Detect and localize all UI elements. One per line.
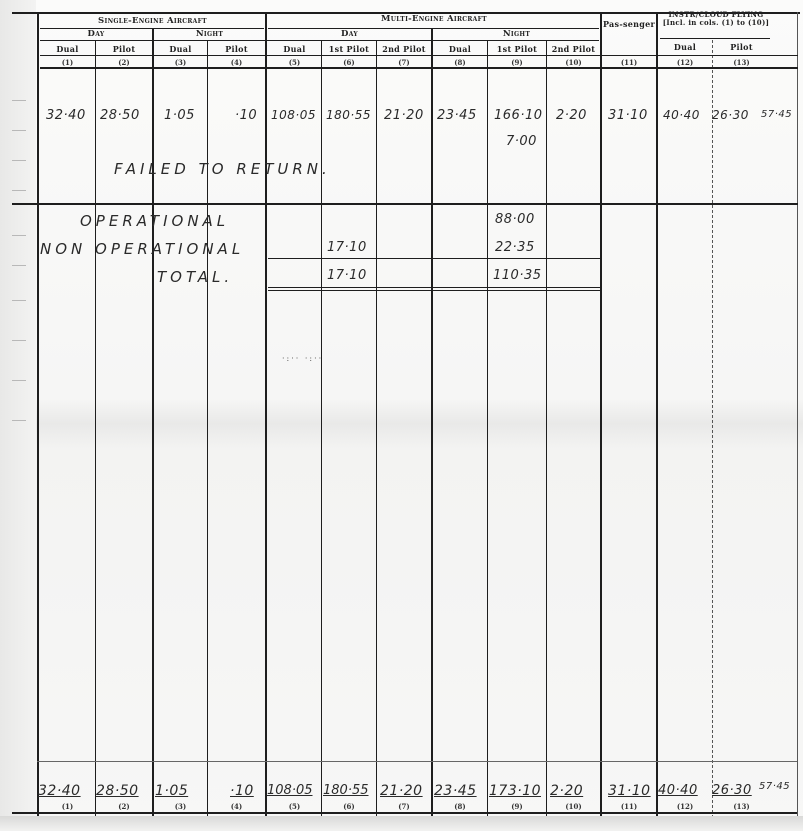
col-num: (4)	[208, 58, 265, 67]
col-num: (7)	[377, 58, 431, 67]
cell-col3: 1·05	[164, 108, 195, 123]
page-edge-shadow	[0, 816, 803, 831]
cell-col9: 166·10	[494, 108, 543, 123]
col-divider-1-2	[95, 40, 96, 818]
footer-col1: 32·40	[38, 783, 81, 799]
col-divider-12-13	[712, 40, 713, 818]
header-se-day: Day	[40, 30, 152, 39]
footer-top-rule	[37, 761, 797, 762]
footer-col13: 26·30	[712, 783, 752, 798]
header-col4: Pilot	[208, 45, 265, 54]
col-num: (3)	[154, 58, 207, 67]
margin-note-bottom: 57·45	[759, 781, 790, 792]
footer-col-num: (6)	[322, 802, 376, 811]
header-col3: Dual	[154, 45, 207, 54]
cell-col6: 180·55	[326, 108, 371, 122]
col-num: (6)	[322, 58, 376, 67]
right-border	[797, 12, 798, 817]
footer-col6: 180·55	[323, 783, 369, 798]
footer-col3: 1·05	[155, 783, 188, 799]
col-num: (1)	[40, 58, 95, 67]
header-col5: Dual	[268, 45, 321, 54]
cell-col1: 32·40	[46, 108, 86, 123]
header-me-day: Day	[268, 30, 431, 39]
footer-col-num: (1)	[40, 802, 95, 811]
cell-col8: 23·45	[437, 108, 477, 123]
cell-col4: ·10	[235, 108, 257, 123]
cell-col13: 26·30	[712, 108, 749, 122]
footer-col-num: (5)	[268, 802, 321, 811]
footer-col-num: (9)	[488, 802, 546, 811]
footer-col-num: (8)	[433, 802, 487, 811]
header-col10: 2nd Pilot	[547, 45, 600, 54]
col-num: (8)	[433, 58, 487, 67]
summary-total-rule-1	[268, 287, 600, 288]
footer-col-num: (2)	[96, 802, 152, 811]
non-operational-col9: 22·35	[495, 240, 535, 255]
footer-col-num: (13)	[713, 802, 770, 811]
header-passenger: Pas-senger	[602, 20, 656, 29]
cell-col9-extra: 7·00	[506, 134, 537, 149]
col-num: (2)	[96, 58, 152, 67]
cell-col2: 28·50	[100, 108, 140, 123]
summary-subtotal-rule	[268, 258, 600, 259]
header-col12: Dual	[658, 43, 712, 52]
footer-col-num: (11)	[602, 802, 656, 811]
cell-col7: 21·20	[384, 108, 424, 123]
col-divider-3-4	[207, 40, 208, 818]
col-num: (5)	[268, 58, 321, 67]
col-divider-day-night-me	[431, 28, 433, 818]
col-num: (10)	[547, 58, 600, 67]
cell-col11: 31·10	[608, 108, 648, 123]
left-border	[37, 12, 39, 817]
operational-col9: 88·00	[495, 212, 535, 227]
footer-col-num: (7)	[377, 802, 431, 811]
footer-col10: 2·20	[550, 783, 583, 799]
total-label: TOTAL.	[157, 268, 233, 286]
col-divider-8-9	[487, 40, 488, 818]
header-col1: Dual	[40, 45, 95, 54]
footer-col-num: (12)	[658, 802, 712, 811]
total-col9: 110·35	[493, 268, 542, 283]
col-num: (13)	[713, 58, 770, 67]
footer-col9: 173·10	[489, 783, 541, 799]
remark-failed-to-return: FAILED TO RETURN.	[114, 160, 331, 178]
non-operational-col6: 17·10	[327, 240, 367, 255]
section-divider	[12, 203, 798, 205]
operational-label: OPERATIONAL	[80, 212, 229, 230]
cell-col10: 2·20	[556, 108, 587, 123]
ink-specks: ·:·· ·:··	[282, 354, 323, 363]
header-col7: 2nd Pilot	[377, 45, 431, 54]
col-num: (9)	[488, 58, 546, 67]
total-col6: 17·10	[327, 268, 367, 283]
summary-total-rule-2	[268, 290, 600, 291]
non-operational-label: NON OPERATIONAL	[40, 240, 244, 258]
footer-col-num: (3)	[154, 802, 207, 811]
footer-col2: 28·50	[96, 783, 139, 799]
cell-col5: 108·05	[271, 108, 316, 122]
col-divider-me-passenger	[600, 12, 602, 818]
col-divider-passenger-instr	[656, 12, 658, 818]
col-divider-6-7	[376, 40, 377, 818]
col-divider-5-6	[321, 40, 322, 818]
col-divider-9-10	[546, 40, 547, 818]
header-se-night: Night	[154, 30, 265, 39]
page-margin	[0, 0, 36, 831]
footer-col-num: (10)	[547, 802, 600, 811]
footer-col5: 108·05	[267, 783, 313, 798]
footer-col12: 40·40	[658, 783, 698, 798]
footer-col4: ·10	[230, 783, 254, 799]
col-divider-se-me	[265, 12, 267, 818]
header-col13: Pilot	[713, 43, 770, 52]
col-num: (11)	[602, 58, 656, 67]
col-divider-day-night-se	[152, 28, 154, 818]
header-multi-engine: Multi-Engine Aircraft	[268, 15, 600, 24]
bottom-border	[12, 812, 797, 814]
header-me-night: Night	[433, 30, 600, 39]
header-col9: 1st Pilot	[488, 45, 546, 54]
footer-col11: 31·10	[608, 783, 651, 799]
header-col6: 1st Pilot	[322, 45, 376, 54]
logbook-page	[0, 0, 803, 831]
header-col8: Dual	[433, 45, 487, 54]
footer-col7: 21·20	[380, 783, 423, 799]
header-col2: Pilot	[96, 45, 152, 54]
footer-col8: 23·45	[434, 783, 477, 799]
cell-col12: 40·40	[663, 108, 700, 122]
header-single-engine: Single-Engine Aircraft	[40, 17, 265, 26]
footer-col-num: (4)	[208, 802, 265, 811]
margin-note-top: 57·45	[761, 109, 792, 120]
col-num: (12)	[658, 58, 712, 67]
header-instr-cloud: INSTR/CLOUD FLYING [Incl. in cols. (1) t…	[660, 11, 772, 27]
